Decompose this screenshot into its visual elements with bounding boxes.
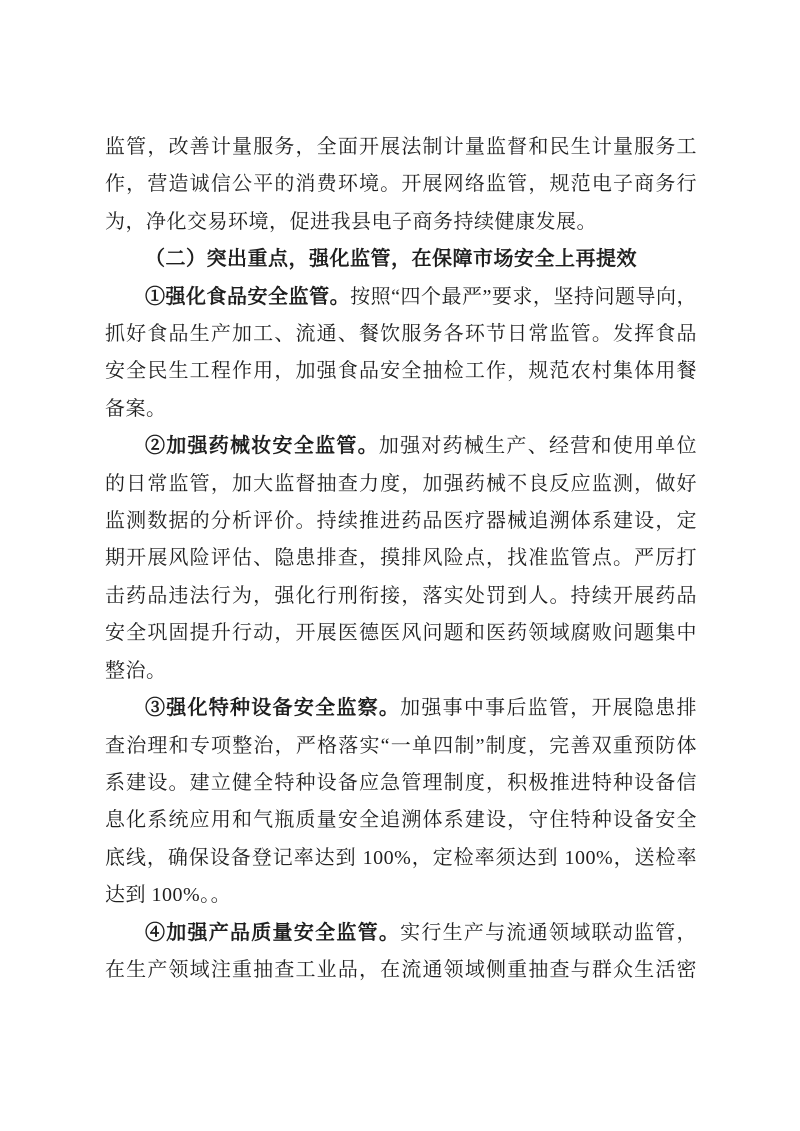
document-line: 监管，改善计量服务，全面开展法制计量监督和民生计量服务工 bbox=[105, 129, 697, 166]
document-line: 查治理和专项整治，严格落实“一单四制”制度，完善双重预防体 bbox=[105, 728, 697, 765]
document-line: 抓好食品生产加工、流通、餐饮服务各环节日常监管。发挥食品 bbox=[105, 316, 697, 353]
document-line: 击药品违法行为，强化行刑衔接，落实处罚到人。持续开展药品 bbox=[105, 578, 697, 615]
body-text: 期开展风险评估、隐患排查，摸排风险点，找准监管点。严厉打 bbox=[105, 547, 697, 569]
document-line: 作，营造诚信公平的消费环境。开展网络监管，规范电子商务行 bbox=[105, 166, 697, 203]
body-text: 底线，确保设备登记率达到 100%，定检率须达到 100%，送检率 bbox=[105, 847, 697, 869]
document-line: 底线，确保设备登记率达到 100%，定检率须达到 100%，送检率 bbox=[105, 840, 697, 877]
document-line: 为，净化交易环境，促进我县电子商务持续健康发展。 bbox=[105, 204, 697, 241]
document-line: 系建设。建立健全特种设备应急管理制度，积极推进特种设备信 bbox=[105, 765, 697, 802]
bold-lead-text: ②加强药械妆安全监管。 bbox=[145, 435, 379, 457]
body-text: 在生产领域注重抽查工业品，在流通领域侧重抽查与群众生活密 bbox=[105, 959, 697, 981]
body-text: 击药品违法行为，强化行刑衔接，落实处罚到人。持续开展药品 bbox=[105, 585, 697, 607]
body-text: 实行生产与流通领域联动监管， bbox=[400, 922, 697, 944]
body-text: 按照“四个最严”要求，坚持问题导向， bbox=[350, 286, 697, 308]
body-text: 为，净化交易环境，促进我县电子商务持续健康发展。 bbox=[105, 211, 597, 233]
bold-lead-text: ③强化特种设备安全监察。 bbox=[145, 697, 400, 719]
body-text: 备案。 bbox=[105, 398, 167, 420]
document-line: 安全巩固提升行动，开展医德医风问题和医药领域腐败问题集中 bbox=[105, 615, 697, 652]
document-line: ②加强药械妆安全监管。加强对药械生产、经营和使用单位 bbox=[105, 428, 697, 465]
body-text: 达到 100%。。 bbox=[105, 884, 231, 906]
document-line: ③强化特种设备安全监察。加强事中事后监管，开展隐患排 bbox=[105, 690, 697, 727]
body-text: 监管，改善计量服务，全面开展法制计量监督和民生计量服务工 bbox=[105, 136, 697, 158]
body-text: 系建设。建立健全特种设备应急管理制度，积极推进特种设备信 bbox=[105, 772, 697, 794]
document-line: 达到 100%。。 bbox=[105, 877, 697, 914]
document-line: 监测数据的分析评价。持续推进药品医疗器械追溯体系建设，定 bbox=[105, 503, 697, 540]
document-body: 监管，改善计量服务，全面开展法制计量监督和民生计量服务工作，营造诚信公平的消费环… bbox=[105, 129, 697, 989]
bold-lead-text: ④加强产品质量安全监管。 bbox=[145, 922, 400, 944]
document-line: 安全民生工程作用，加强食品安全抽检工作，规范农村集体用餐 bbox=[105, 353, 697, 390]
bold-lead-text: （二）突出重点，强化监管，在保障市场安全上再提效 bbox=[145, 248, 637, 270]
body-text: 作，营造诚信公平的消费环境。开展网络监管，规范电子商务行 bbox=[105, 173, 697, 195]
document-line: 期开展风险评估、隐患排查，摸排风险点，找准监管点。严厉打 bbox=[105, 540, 697, 577]
document-page: 监管，改善计量服务，全面开展法制计量监督和民生计量服务工作，营造诚信公平的消费环… bbox=[0, 0, 800, 1131]
body-text: 加强对药械生产、经营和使用单位 bbox=[379, 435, 697, 457]
document-line: 整治。 bbox=[105, 653, 697, 690]
document-line: 备案。 bbox=[105, 391, 697, 428]
document-line: ①强化食品安全监管。按照“四个最严”要求，坚持问题导向， bbox=[105, 279, 697, 316]
body-text: 查治理和专项整治，严格落实“一单四制”制度，完善双重预防体 bbox=[105, 735, 697, 757]
body-text: 安全民生工程作用，加强食品安全抽检工作，规范农村集体用餐 bbox=[105, 360, 697, 382]
body-text: 的日常监管，加大监督抽查力度，加强药械不良反应监测，做好 bbox=[105, 473, 697, 495]
body-text: 整治。 bbox=[105, 660, 167, 682]
document-line: 息化系统应用和气瓶质量安全追溯体系建设，守住特种设备安全 bbox=[105, 802, 697, 839]
document-line: ④加强产品质量安全监管。实行生产与流通领域联动监管， bbox=[105, 915, 697, 952]
body-text: 息化系统应用和气瓶质量安全追溯体系建设，守住特种设备安全 bbox=[105, 809, 697, 831]
body-text: 监测数据的分析评价。持续推进药品医疗器械追溯体系建设，定 bbox=[105, 510, 697, 532]
body-text: 抓好食品生产加工、流通、餐饮服务各环节日常监管。发挥食品 bbox=[105, 323, 697, 345]
document-line: 的日常监管，加大监督抽查力度，加强药械不良反应监测，做好 bbox=[105, 466, 697, 503]
document-line: （二）突出重点，强化监管，在保障市场安全上再提效 bbox=[105, 241, 697, 278]
bold-lead-text: ①强化食品安全监管。 bbox=[145, 286, 350, 308]
document-line: 在生产领域注重抽查工业品，在流通领域侧重抽查与群众生活密 bbox=[105, 952, 697, 989]
body-text: 安全巩固提升行动，开展医德医风问题和医药领域腐败问题集中 bbox=[105, 622, 697, 644]
body-text: 加强事中事后监管，开展隐患排 bbox=[400, 697, 697, 719]
